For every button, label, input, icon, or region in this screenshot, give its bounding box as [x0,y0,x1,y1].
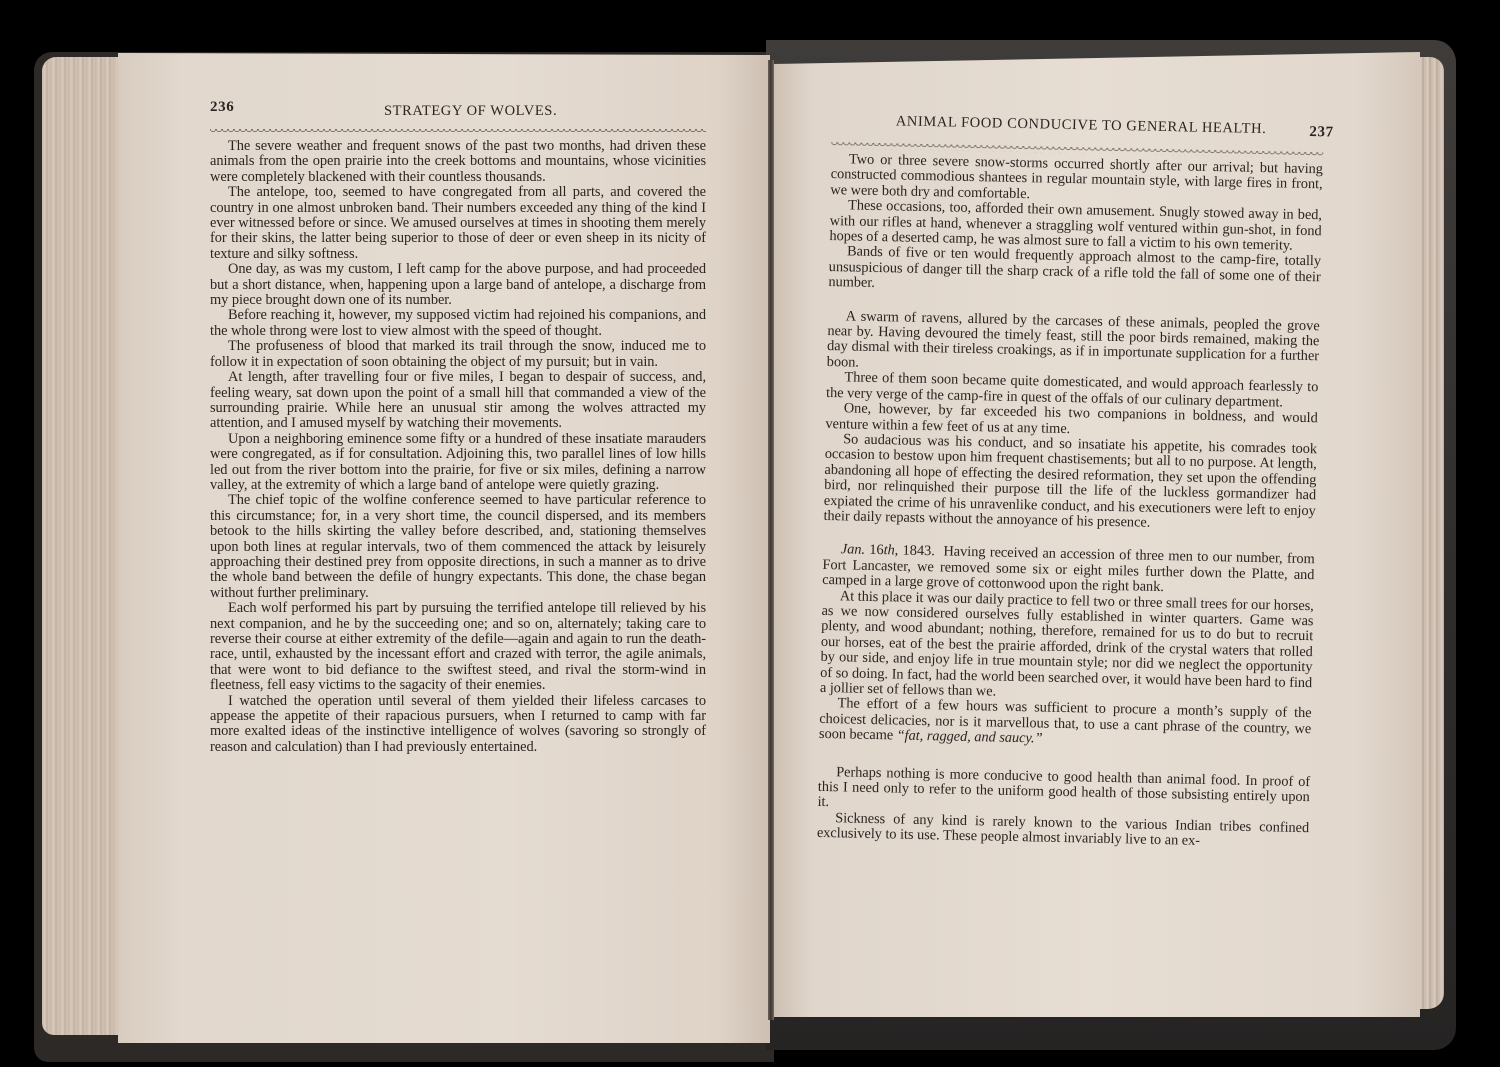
left-page-text: 236 STRATEGY OF WOLVES. The severe weath… [210,99,706,755]
book-gutter [768,60,774,1020]
left-page: 236 STRATEGY OF WOLVES. The severe weath… [118,53,770,1043]
paragraph: One day, as was my custom, I left camp f… [210,262,706,308]
paragraph: A swarm of ravens, allured by the carcas… [827,309,1320,381]
chapter-heading: STRATEGY OF WOLVES. [384,103,557,120]
wavy-rule [210,129,706,135]
right-page-text: ANIMAL FOOD CONDUCIVE TO GENERAL HEALTH.… [817,112,1324,852]
paragraph: The severe weather and frequent snows of… [210,139,706,185]
right-page: ANIMAL FOOD CONDUCIVE TO GENERAL HEALTH.… [774,52,1420,1017]
quotation: “fat, ragged, and saucy.” [897,728,1043,747]
page-number: 237 [1309,124,1334,142]
paragraph: At length, after travelling four or five… [210,370,706,432]
paragraph: At this place it was our daily practice … [820,588,1314,706]
paragraph: The profuseness of blood that marked its… [210,339,706,370]
paragraph: Before reaching it, however, my supposed… [210,308,706,339]
chapter-heading: ANIMAL FOOD CONDUCIVE TO GENERAL HEALTH. [896,113,1267,138]
paragraph: So audacious was his conduct, and so ins… [823,432,1317,535]
paragraph: Upon a neighboring eminence some fifty o… [210,432,706,494]
running-head-left: 236 STRATEGY OF WOLVES. [210,99,706,123]
paragraph: I watched the operation until several of… [210,694,706,756]
page-number: 236 [210,99,234,116]
paragraph: Each wolf performed his part by pursuing… [210,601,706,693]
open-book: 236 STRATEGY OF WOLVES. The severe weath… [0,0,1500,1067]
paragraph: The antelope, too, seemed to have congre… [210,185,706,262]
date-year: , 1843. [895,543,935,560]
paragraph: The chief topic of the wolfine conferenc… [210,493,706,601]
paragraph: Bands of five or ten would frequently ap… [828,244,1321,301]
date-month: Jan. [841,542,866,559]
running-head-right: ANIMAL FOOD CONDUCIVE TO GENERAL HEALTH.… [831,112,1323,146]
date-day-suffix: th [883,543,894,559]
paragraph: The effort of a few hours was sufficient… [819,696,1312,753]
